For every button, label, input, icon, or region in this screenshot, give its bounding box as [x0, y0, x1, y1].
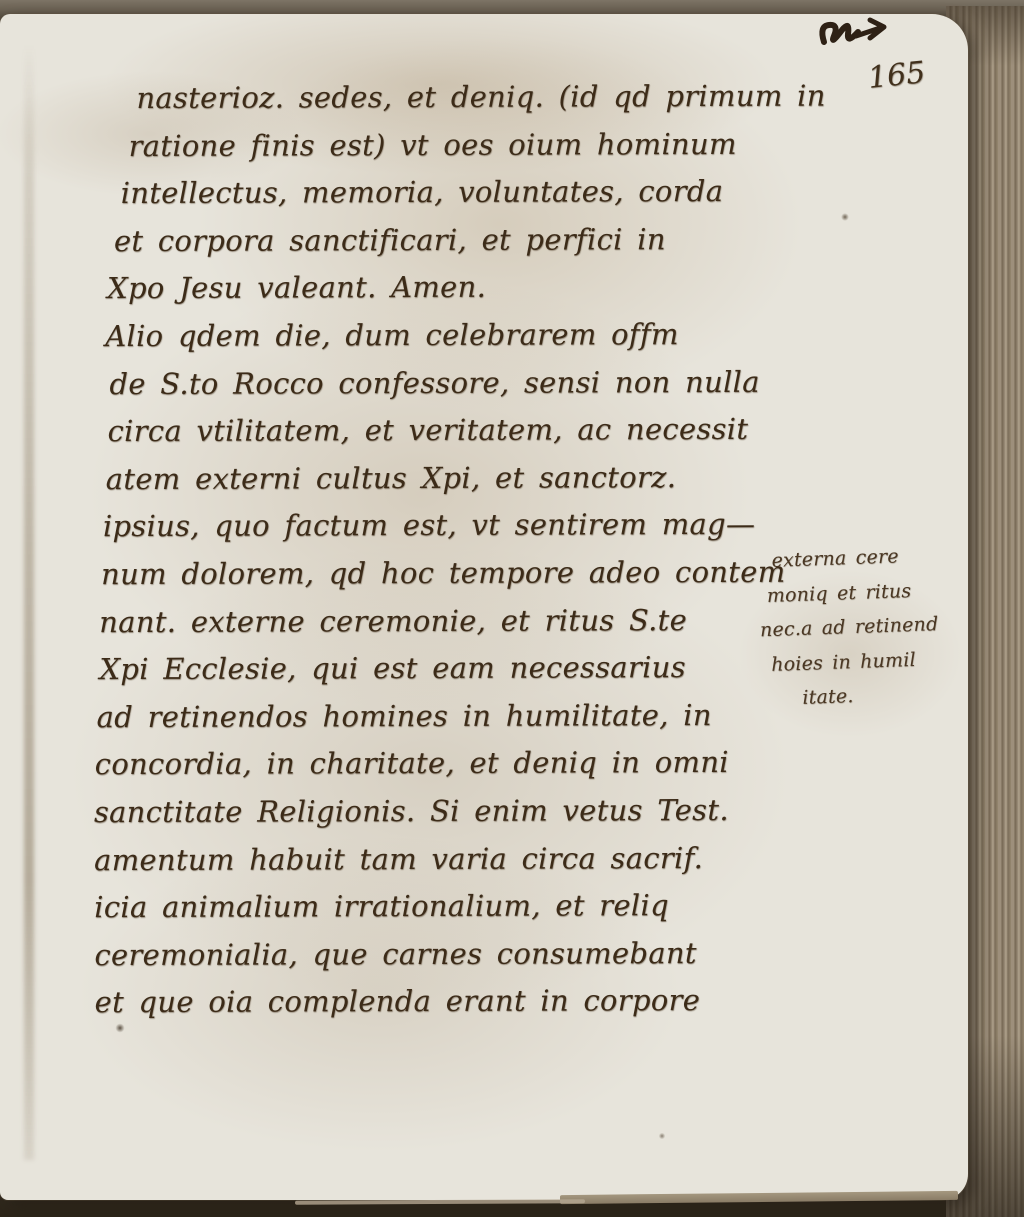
text-line: ratione finis est) vt oes oium hominum — [129, 120, 849, 170]
text-line: num dolorem, qd hoc tempore adeo contem — [101, 548, 850, 598]
text-line: nant. externe ceremonie, et ritus S.te — [99, 596, 850, 646]
folio-number: 165 — [866, 55, 927, 96]
text-line: nasterioz. sedes, et deniq. (id qd primu… — [136, 73, 848, 123]
margin-note-line: itate. — [802, 674, 1001, 715]
text-line: de S.to Rocco confessore, sensi non null… — [109, 358, 849, 408]
margin-note: externa cere moniq et ritus nec.a ad ret… — [765, 536, 1001, 716]
text-line: et corpora sanctificari, et perfici in — [114, 215, 849, 265]
text-line: atem externi cultus Xpi, et sanctorz. — [106, 453, 850, 503]
text-line: Alio qdem die, dum celebrarem offm — [105, 310, 849, 360]
text-line: Xpo Jesu valeant. Amen. — [107, 263, 849, 313]
text-line: concordia, in charitate, et deniq in omn… — [95, 739, 851, 789]
page-stack-edge — [295, 1199, 585, 1205]
text-line: et que oia complenda erant in corpore — [94, 977, 851, 1027]
text-line: icia animalium irrationalium, et reliq — [94, 882, 851, 932]
text-line: sanctitate Religionis. Si enim vetus Tes… — [94, 786, 851, 836]
text-line: Xpi Ecclesie, qui est eam necessarius — [99, 644, 850, 694]
manuscript-page: 165 nasterioz. sedes, et deniq. (id qd p… — [0, 14, 968, 1200]
cropped-ink-mark — [818, 16, 890, 52]
text-line: amentum habuit tam varia circa sacrif. — [94, 834, 851, 884]
text-line: circa vtilitatem, et veritatem, ac neces… — [108, 406, 850, 456]
text-line: ipsius, quo factum est, vt sentirem mag— — [103, 501, 850, 551]
text-line: ceremonialia, que carnes consumebant — [94, 929, 851, 979]
text-line: intellectus, memoria, voluntates, corda — [121, 168, 849, 218]
main-text-block: nasterioz. sedes, et deniq. (id qd primu… — [0, 73, 852, 1028]
text-line: ad retinendos homines in humilitate, in — [97, 691, 851, 741]
